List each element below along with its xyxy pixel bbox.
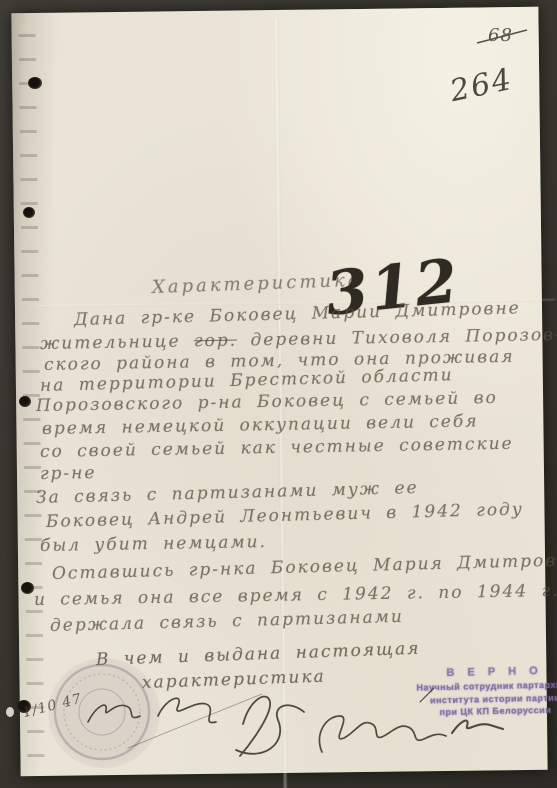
- torn-paper-speck: [6, 707, 14, 717]
- round-seal-smudge: [48, 658, 160, 768]
- page-number-crossed-out: 68: [488, 25, 513, 46]
- scanned-document: 68 264 Характеристика 312 Дана гр-ке Бок…: [0, 0, 557, 788]
- punch-hole: [23, 207, 35, 218]
- certification-stamp: В Е Р Н О Научный сотрудник партархива и…: [409, 664, 557, 719]
- punch-hole: [28, 77, 42, 89]
- body-line: был убит немцами.: [40, 532, 267, 556]
- struck-word: гор.: [194, 331, 237, 352]
- body-line-part: жительнице: [40, 332, 181, 354]
- body-line: гр-не: [40, 463, 97, 484]
- punch-hole: [21, 582, 34, 594]
- stamp-line-verno: В Е Р Н О: [409, 664, 557, 680]
- punch-hole: [19, 396, 31, 407]
